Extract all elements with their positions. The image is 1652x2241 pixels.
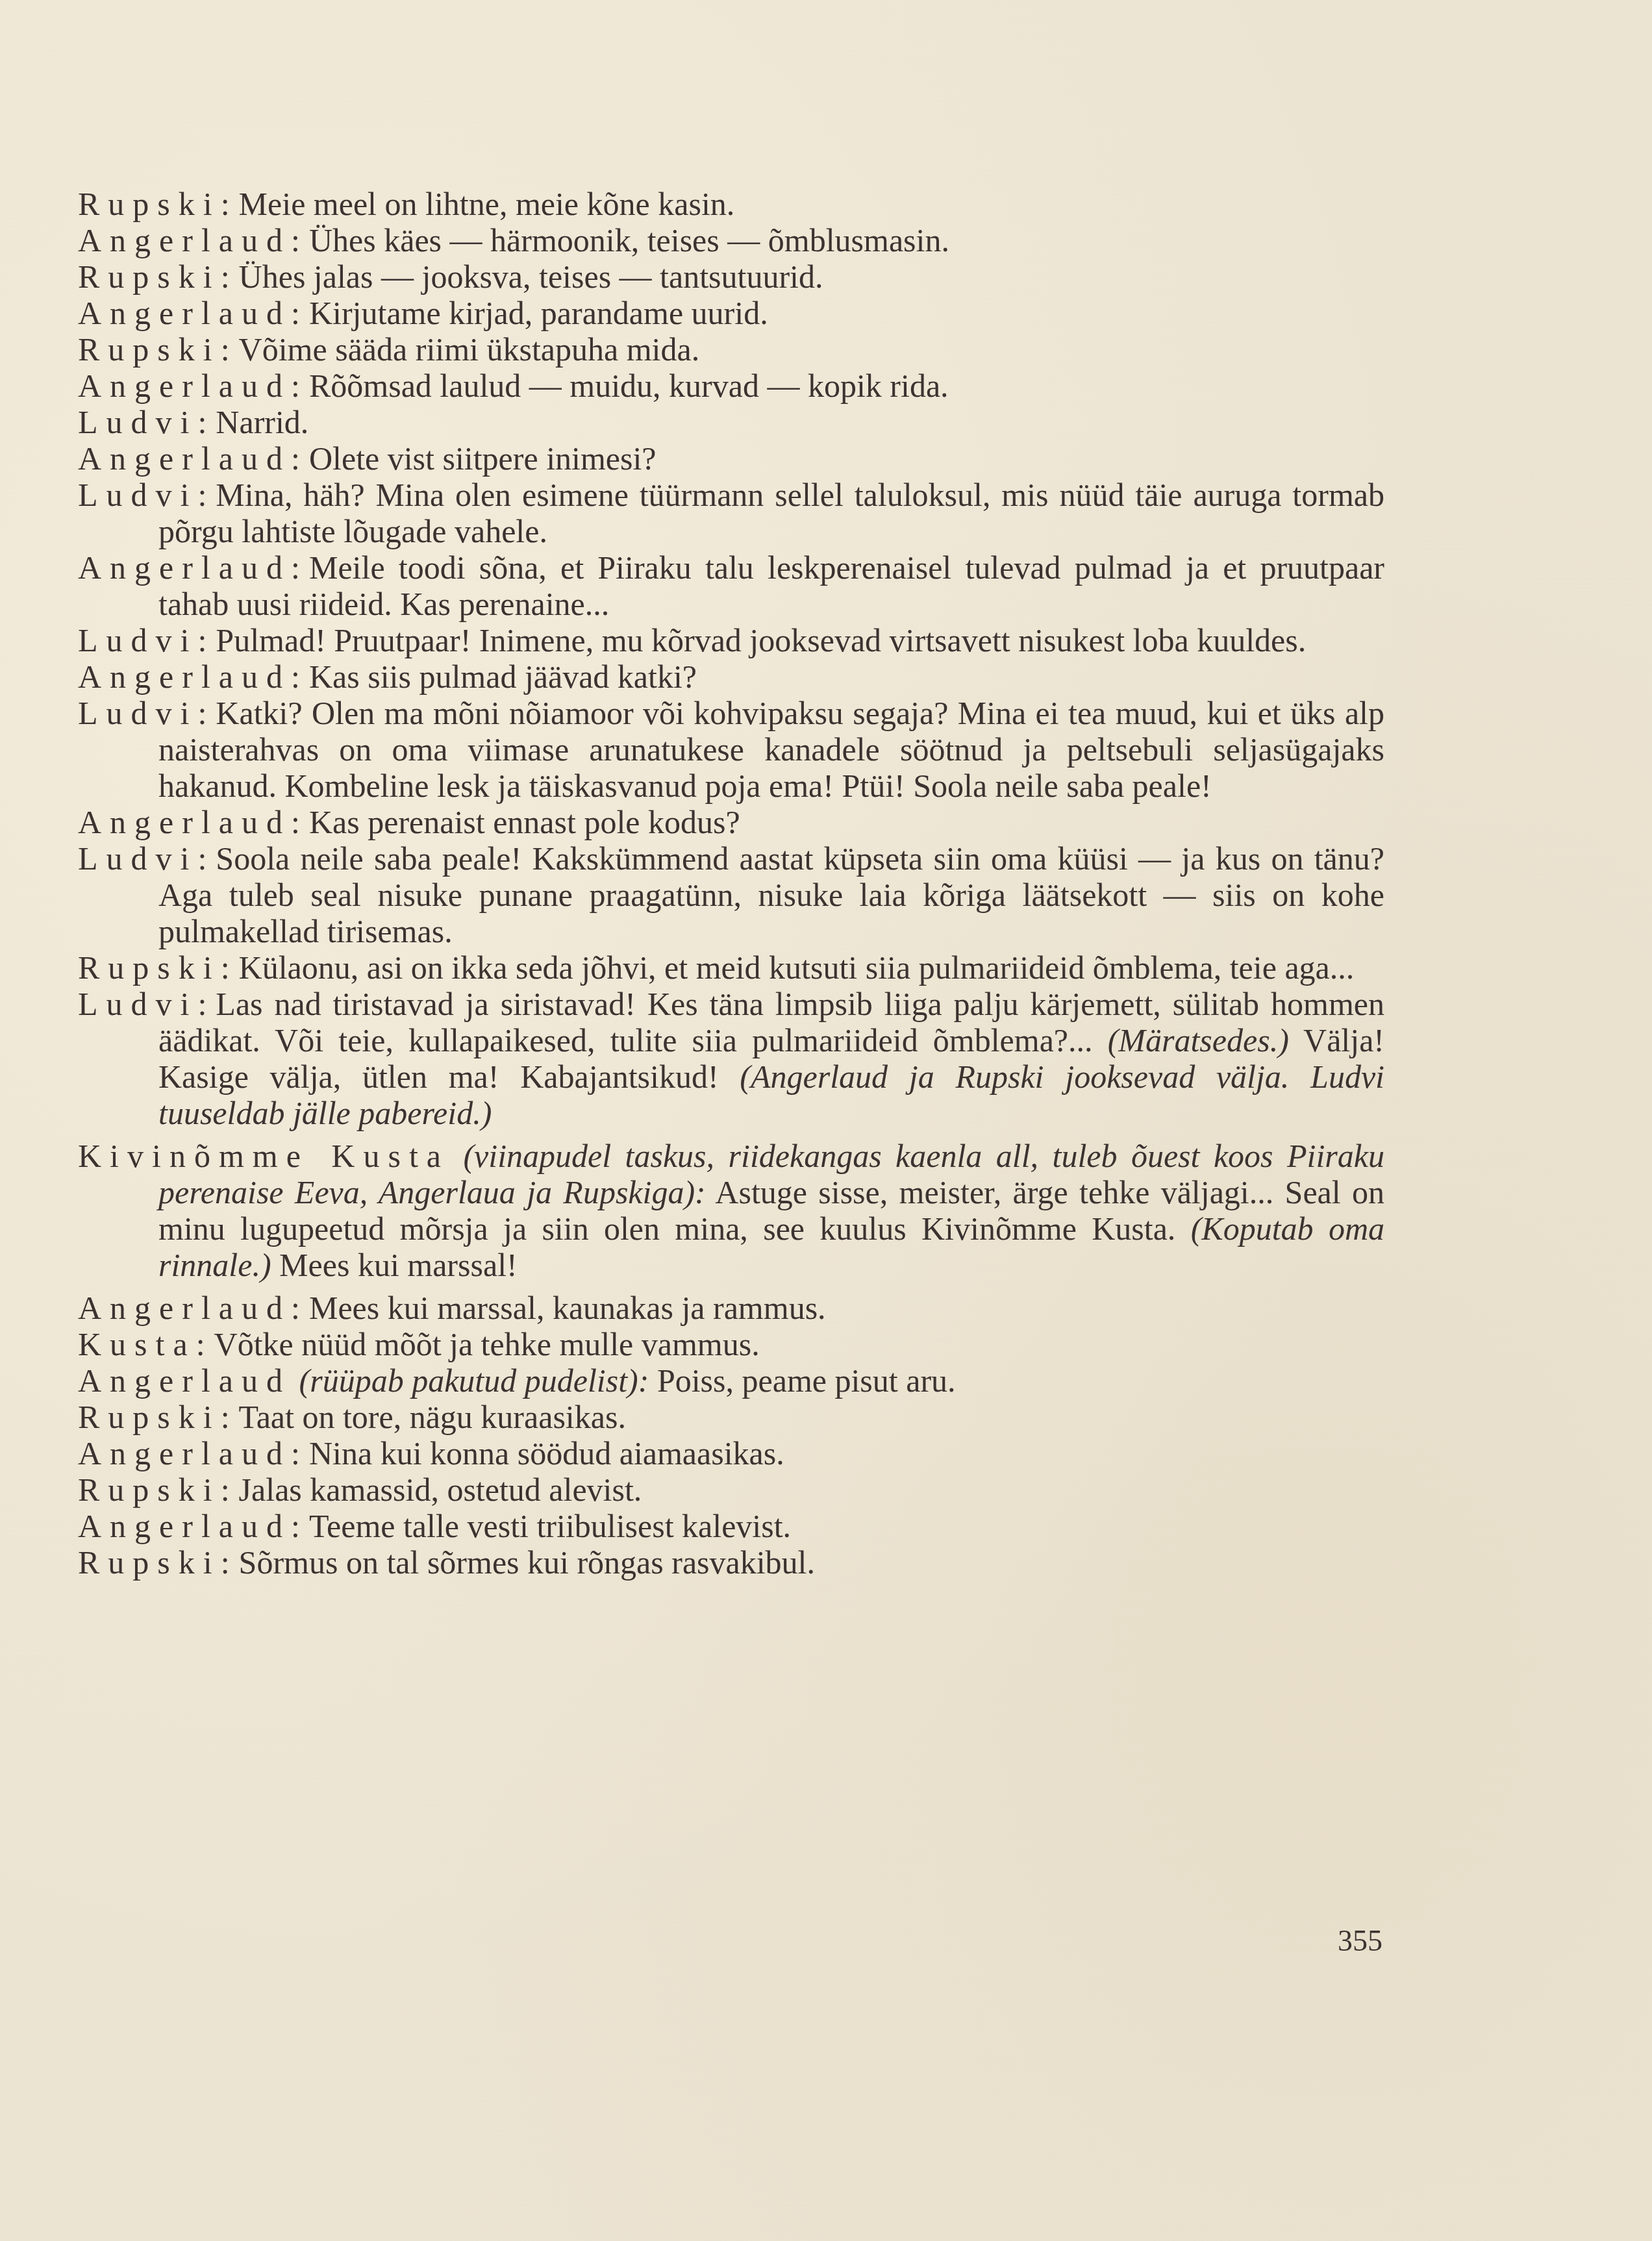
colon: : xyxy=(197,404,206,440)
line-text: Võime sääda riimi ükstapuha mida. xyxy=(239,331,700,368)
dialogue-line: Angerlaud:Ühes käes — härmoonik, teises … xyxy=(78,222,1384,258)
dialogue-line: Rupski:Jalas kamassid, ostetud alevist. xyxy=(78,1471,1384,1508)
colon: : xyxy=(221,258,230,295)
speaker-name: Ludvi xyxy=(78,404,197,440)
dialogue-line: Ludvi:Narrid. xyxy=(78,404,1384,440)
speaker-name: Rupski xyxy=(78,1399,221,1435)
line-text: Meile toodi sõna, et Piiraku talu leskpe… xyxy=(158,549,1384,622)
dialogue-line: Angerlaud:Kas siis pulmad jäävad katki? xyxy=(78,658,1384,695)
dialogue-line: Rupski:Külaonu, asi on ikka seda jõhvi, … xyxy=(78,949,1384,986)
line-text: Narrid. xyxy=(216,404,308,440)
speaker-name: Rupski xyxy=(78,331,221,368)
line-text: Rõõmsad laulud — muidu, kurvad — kopik r… xyxy=(309,368,949,404)
line-text: Võtke nüüd mõõt ja tehke mulle vammus. xyxy=(214,1326,760,1362)
dialogue-line: Ludvi:Katki? Olen ma mõni nõiamoor või k… xyxy=(78,695,1384,804)
colon: : xyxy=(291,658,300,695)
dialogue-line: Ludvi:Soola neile saba peale! Kakskümmen… xyxy=(78,840,1384,949)
line-text: Ühes jalas — jooksva, teises — tantsutuu… xyxy=(239,258,823,295)
dialogue-line: Angerlaud:Mees kui marssal, kaunakas ja … xyxy=(78,1290,1384,1326)
speaker-name: Angerlaud xyxy=(78,440,291,477)
dialogue-line: Angerlaud:Teeme talle vesti triibulisest… xyxy=(78,1508,1384,1544)
colon: : xyxy=(221,186,230,222)
speaker-name: Angerlaud xyxy=(78,368,291,404)
speaker-name: Ludvi xyxy=(78,840,197,877)
dialogue-line: Rupski:Taat on tore, nägu kuraasikas. xyxy=(78,1399,1384,1435)
line-text: Pulmad! Pruutpaar! Inimene, mu kõrvad jo… xyxy=(216,622,1306,658)
line-text: Poiss, peame pisut aru. xyxy=(657,1362,956,1399)
speaker-name: Ludvi xyxy=(78,622,197,658)
speaker-name: Kusta xyxy=(78,1326,196,1362)
speaker-name: Angerlaud xyxy=(78,295,291,331)
colon: : xyxy=(197,986,206,1022)
line-text: Kas siis pulmad jäävad katki? xyxy=(309,658,697,695)
line-text: Olete vist siitpere inimesi? xyxy=(309,440,657,477)
dialogue-line: Kivinõmme Kusta (viinapudel taskus, riid… xyxy=(78,1138,1384,1283)
speaker-name: Angerlaud xyxy=(78,1508,291,1544)
colon: : xyxy=(291,549,300,586)
dialogue-line: Kusta:Võtke nüüd mõõt ja tehke mulle vam… xyxy=(78,1326,1384,1362)
page-number: 355 xyxy=(1338,1925,1383,1957)
colon: : xyxy=(291,804,300,840)
colon: : xyxy=(197,840,206,877)
dialogue-line: Ludvi:Pulmad! Pruutpaar! Inimene, mu kõr… xyxy=(78,622,1384,658)
speaker-name: Rupski xyxy=(78,258,221,295)
colon: : xyxy=(197,477,206,513)
line-text: Ühes käes — härmoonik, teises — õmblusma… xyxy=(309,222,949,258)
colon: : xyxy=(291,440,300,477)
line-text: Sõrmus on tal sõrmes kui rõngas rasvakib… xyxy=(239,1544,815,1581)
speaker-name: Angerlaud xyxy=(78,1362,291,1399)
dialogue-line: Angerlaud:Nina kui konna söödud aiamaasi… xyxy=(78,1435,1384,1471)
colon: : xyxy=(221,1399,230,1435)
speaker-name: Ludvi xyxy=(78,477,197,513)
colon: : xyxy=(197,695,206,731)
dialogue-line: Angerlaud:Kirjutame kirjad, parandame uu… xyxy=(78,295,1384,331)
dialogue-line: Rupski:Võime sääda riimi ükstapuha mida. xyxy=(78,331,1384,368)
colon: : xyxy=(291,1290,300,1326)
speaker-name: Rupski xyxy=(78,949,221,986)
speaker-name: Rupski xyxy=(78,1544,221,1581)
line-text: Jalas kamassid, ostetud alevist. xyxy=(239,1471,642,1508)
colon: : xyxy=(221,331,230,368)
colon: : xyxy=(221,1471,230,1508)
line-text: Kas perenaist ennast pole kodus? xyxy=(309,804,740,840)
colon: : xyxy=(291,222,300,258)
dialogue-line: Rupski:Sõrmus on tal sõrmes kui rõngas r… xyxy=(78,1544,1384,1581)
line-text: Taat on tore, nägu kuraasikas. xyxy=(239,1399,626,1435)
speaker-name: Angerlaud xyxy=(78,222,291,258)
dialogue-line: Angerlaud (rüüpab pakutud pudelist): Poi… xyxy=(78,1362,1384,1399)
colon: : xyxy=(291,1435,300,1471)
speaker-name: Rupski xyxy=(78,1471,221,1508)
colon: : xyxy=(197,622,206,658)
line-text: Mina, häh? Mina olen esimene tüürmann se… xyxy=(158,477,1384,549)
dialogue-line: Rupski:Ühes jalas — jooksva, teises — ta… xyxy=(78,258,1384,295)
speaker-name: Angerlaud xyxy=(78,804,291,840)
line-text: Mees kui marssal, kaunakas ja rammus. xyxy=(309,1290,826,1326)
speaker-name: Rupski xyxy=(78,186,221,222)
speaker-name: Angerlaud xyxy=(78,549,291,586)
speaker-name: Ludvi xyxy=(78,695,197,731)
dialogue-line: Rupski:Meie meel on lihtne, meie kõne ka… xyxy=(78,186,1384,222)
dialogue-line: Angerlaud:Olete vist siitpere inimesi? xyxy=(78,440,1384,477)
line-text: Mees kui marssal! xyxy=(279,1247,518,1283)
speaker-name: Angerlaud xyxy=(78,658,291,695)
stage-direction: (rüüpab pakutud pudelist): xyxy=(299,1362,649,1399)
dialogue-line: Ludvi:Mina, häh? Mina olen esimene tüürm… xyxy=(78,477,1384,549)
colon: : xyxy=(196,1326,205,1362)
colon: : xyxy=(221,949,230,986)
line-text: Nina kui konna söödud aiamaasikas. xyxy=(309,1435,784,1471)
speaker-name: Angerlaud xyxy=(78,1290,291,1326)
line-text: Teeme talle vesti triibulisest kalevist. xyxy=(309,1508,791,1544)
colon: : xyxy=(291,368,300,404)
play-text: Rupski:Meie meel on lihtne, meie kõne ka… xyxy=(78,186,1384,1581)
dialogue-line: Ludvi:Las nad tiristavad ja siristavad! … xyxy=(78,986,1384,1131)
line-text: Külaonu, asi on ikka seda jõhvi, et meid… xyxy=(239,949,1355,986)
line-text: Katki? Olen ma mõni nõiamoor või kohvipa… xyxy=(158,695,1384,804)
speaker-name: Ludvi xyxy=(78,986,197,1022)
dialogue-line: Angerlaud:Rõõmsad laulud — muidu, kurvad… xyxy=(78,368,1384,404)
colon: : xyxy=(221,1544,230,1581)
colon: : xyxy=(291,295,300,331)
dialogue-line: Angerlaud:Meile toodi sõna, et Piiraku t… xyxy=(78,549,1384,622)
dialogue-line: Angerlaud:Kas perenaist ennast pole kodu… xyxy=(78,804,1384,840)
line-text: Meie meel on lihtne, meie kõne kasin. xyxy=(239,186,735,222)
speaker-name: Kivinõmme Kusta xyxy=(78,1138,449,1174)
colon: : xyxy=(291,1508,300,1544)
line-text: Kirjutame kirjad, parandame uurid. xyxy=(309,295,768,331)
speaker-name: Angerlaud xyxy=(78,1435,291,1471)
stage-direction: (Märatsedes.) xyxy=(1108,1022,1289,1058)
line-text: Soola neile saba peale! Kakskümmend aast… xyxy=(158,840,1384,949)
